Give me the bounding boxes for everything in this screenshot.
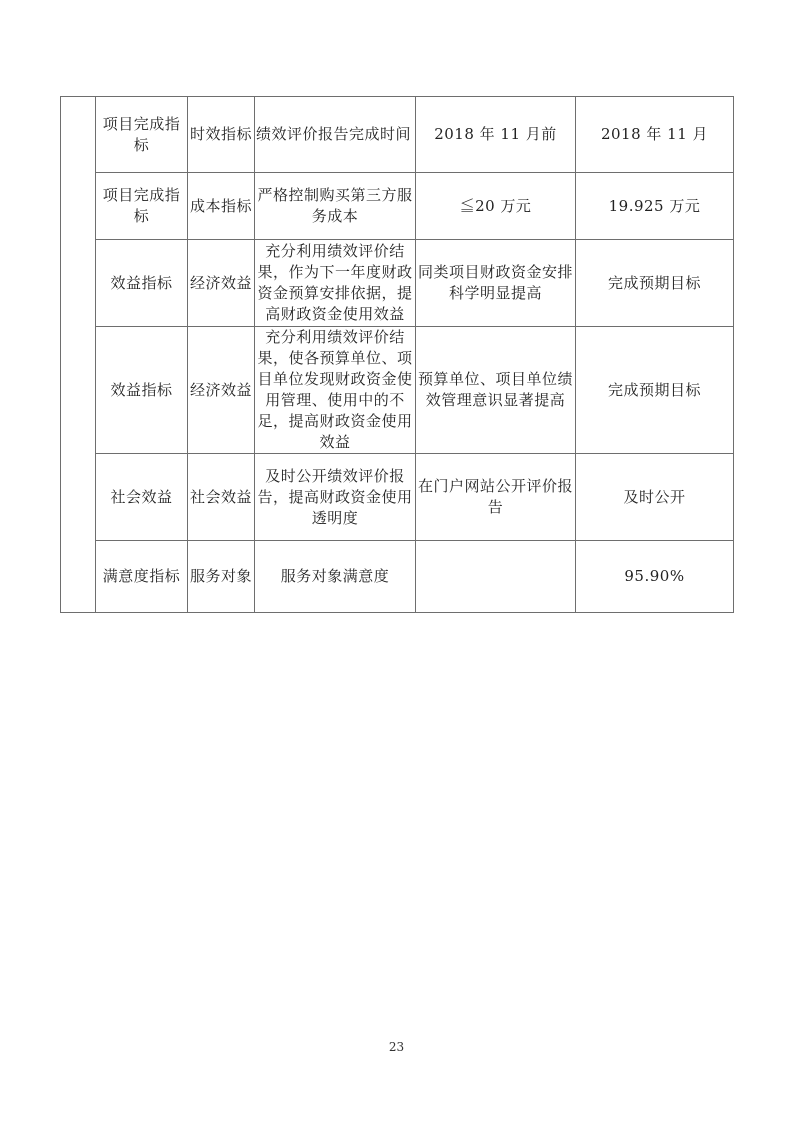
target-cell: ≦20 万元 [416, 173, 576, 240]
target-cell: 在门户网站公开评价报告 [416, 454, 576, 541]
indicator-cell: 绩效评价报告完成时间 [255, 97, 416, 173]
level2-cell: 时效指标 [188, 97, 255, 173]
level1-cell: 社会效益 [96, 454, 188, 541]
actual-cell: 19.925 万元 [576, 173, 734, 240]
level2-cell: 服务对象 [188, 541, 255, 613]
target-cell [416, 541, 576, 613]
page-number: 23 [0, 1040, 793, 1054]
table-row: 项目完成指标 成本指标 严格控制购买第三方服务成本 ≦20 万元 19.925 … [61, 173, 734, 240]
level2-cell: 社会效益 [188, 454, 255, 541]
actual-cell: 完成预期目标 [576, 240, 734, 327]
performance-indicator-table: 项目完成指标 时效指标 绩效评价报告完成时间 2018 年 11 月前 2018… [60, 96, 734, 613]
target-cell: 预算单位、项目单位绩效管理意识显著提高 [416, 327, 576, 454]
indicator-cell: 服务对象满意度 [255, 541, 416, 613]
table-row: 效益指标 经济效益 充分利用绩效评价结果，作为下一年度财政资金预算安排依据，提高… [61, 240, 734, 327]
indicator-cell: 及时公开绩效评价报告，提高财政资金使用透明度 [255, 454, 416, 541]
level2-cell: 成本指标 [188, 173, 255, 240]
target-cell: 2018 年 11 月前 [416, 97, 576, 173]
table-row: 效益指标 经济效益 充分利用绩效评价结果，使各预算单位、项目单位发现财政资金使用… [61, 327, 734, 454]
indicator-cell: 充分利用绩效评价结果，作为下一年度财政资金预算安排依据，提高财政资金使用效益 [255, 240, 416, 327]
merged-category-cell [61, 97, 96, 613]
actual-cell: 完成预期目标 [576, 327, 734, 454]
level1-cell: 项目完成指标 [96, 173, 188, 240]
level2-cell: 经济效益 [188, 240, 255, 327]
level1-cell: 满意度指标 [96, 541, 188, 613]
indicator-cell: 严格控制购买第三方服务成本 [255, 173, 416, 240]
table-row: 项目完成指标 时效指标 绩效评价报告完成时间 2018 年 11 月前 2018… [61, 97, 734, 173]
table-row: 社会效益 社会效益 及时公开绩效评价报告，提高财政资金使用透明度 在门户网站公开… [61, 454, 734, 541]
actual-cell: 及时公开 [576, 454, 734, 541]
actual-cell: 2018 年 11 月 [576, 97, 734, 173]
level2-cell: 经济效益 [188, 327, 255, 454]
actual-cell: 95.90% [576, 541, 734, 613]
target-cell: 同类项目财政资金安排科学明显提高 [416, 240, 576, 327]
table-row: 满意度指标 服务对象 服务对象满意度 95.90% [61, 541, 734, 613]
level1-cell: 效益指标 [96, 240, 188, 327]
level1-cell: 项目完成指标 [96, 97, 188, 173]
level1-cell: 效益指标 [96, 327, 188, 454]
indicator-cell: 充分利用绩效评价结果，使各预算单位、项目单位发现财政资金使用管理、使用中的不足，… [255, 327, 416, 454]
